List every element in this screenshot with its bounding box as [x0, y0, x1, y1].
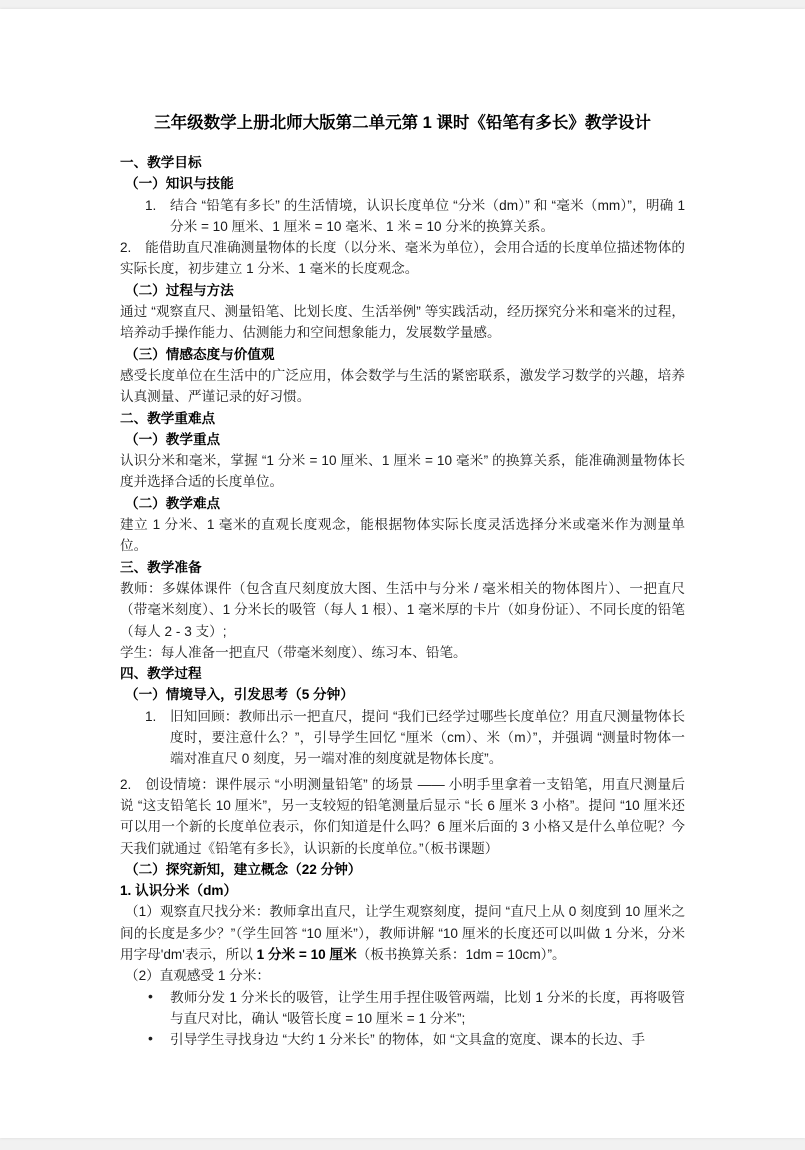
subheading-teaching-key-point: （一）教学重点: [120, 429, 685, 450]
bullet-icon: •: [148, 986, 153, 1007]
paragraph-student-preparation: 学生：每人准备一把直尺（带毫米刻度）、练习本、铅笔。: [120, 642, 685, 663]
subheading-knowledge-skills: （一）知识与技能: [120, 173, 685, 194]
list-item-text: 结合 “铅笔有多长” 的生活情境，认识长度单位 “分米（dm）” 和 “毫米（m…: [170, 198, 685, 234]
paragraph: （2）直观感受 1 分米：: [120, 965, 685, 986]
paragraph: 2. 创设情境：课件展示 “小明测量铅笔” 的场景 —— 小明手里拿着一支铅笔，…: [120, 774, 685, 859]
bullet-icon: •: [148, 1028, 153, 1049]
paragraph-teacher-preparation: 教师：多媒体课件（包含直尺刻度放大图、生活中与分米 / 毫米相关的物体图片）、一…: [120, 578, 685, 642]
heading-key-difficult-points: 二、教学重难点: [120, 408, 685, 429]
subheading-process-methods: （二）过程与方法: [120, 280, 685, 301]
heading-teaching-goals: 一、教学目标: [120, 152, 685, 173]
document-title: 三年级数学上册北师大版第二单元第 1 课时《铅笔有多长》教学设计: [120, 110, 685, 136]
list-marker: 1.: [145, 706, 156, 727]
paragraph-text: （板书换算关系：1dm = 10cm）”。: [357, 947, 566, 962]
paragraph: 感受长度单位在生活中的广泛应用，体会数学与生活的紧密联系，激发学习数学的兴趣，培…: [120, 365, 685, 408]
paragraph: 认识分米和毫米，掌握 “1 分米 = 10 厘米、1 厘米 = 10 毫米” 的…: [120, 450, 685, 493]
bullet-item: • 引导学生寻找身边 “大约 1 分米长” 的物体，如 “文具盒的宽度、课本的长…: [120, 1029, 685, 1050]
bold-conversion-text: 1 分米 = 10 厘米: [257, 947, 357, 962]
document-viewer: 三年级数学上册北师大版第二单元第 1 课时《铅笔有多长》教学设计 一、教学目标 …: [0, 0, 805, 1150]
subheading-explore-new-knowledge: （二）探究新知，建立概念（22 分钟）: [120, 859, 685, 880]
bullet-item-text: 引导学生寻找身边 “大约 1 分米长” 的物体，如 “文具盒的宽度、课本的长边、…: [170, 1032, 645, 1047]
subheading-situation-introduction: （一）情境导入，引发思考（5 分钟）: [120, 684, 685, 705]
paragraph: （1）观察直尺找分米：教师拿出直尺，让学生观察刻度，提问 “直尺上从 0 刻度到…: [120, 901, 685, 965]
heading-teaching-preparation: 三、教学准备: [120, 557, 685, 578]
bullet-item: • 教师分发 1 分米长的吸管，让学生用手捏住吸管两端，比划 1 分米的长度，再…: [120, 987, 685, 1030]
bullet-item-text: 教师分发 1 分米长的吸管，让学生用手捏住吸管两端，比划 1 分米的长度，再将吸…: [170, 990, 685, 1026]
subheading-know-decimeter: 1. 认识分米（dm）: [120, 880, 685, 901]
subheading-emotion-values: （三）情感态度与价值观: [120, 344, 685, 365]
list-item: 1. 结合 “铅笔有多长” 的生活情境，认识长度单位 “分米（dm）” 和 “毫…: [120, 195, 685, 238]
paragraph: 建立 1 分米、1 毫米的直观长度观念，能根据物体实际长度灵活选择分米或毫米作为…: [120, 514, 685, 557]
list-marker: 1.: [145, 195, 156, 216]
document-page: 三年级数学上册北师大版第二单元第 1 课时《铅笔有多长》教学设计 一、教学目标 …: [0, 9, 805, 1138]
list-item: 1. 旧知回顾：教师出示一把直尺，提问 “我们已经学过哪些长度单位？用直尺测量物…: [120, 706, 685, 770]
paragraph: 2. 能借助直尺准确测量物体的长度（以分米、毫米为单位），会用合适的长度单位描述…: [120, 237, 685, 280]
subheading-teaching-difficulty: （二）教学难点: [120, 493, 685, 514]
list-item-text: 旧知回顾：教师出示一把直尺，提问 “我们已经学过哪些长度单位？用直尺测量物体长度…: [170, 709, 685, 767]
heading-teaching-process: 四、教学过程: [120, 663, 685, 684]
paragraph: 通过 “观察直尺、测量铅笔、比划长度、生活举例” 等实践活动，经历探究分米和毫米…: [120, 301, 685, 344]
